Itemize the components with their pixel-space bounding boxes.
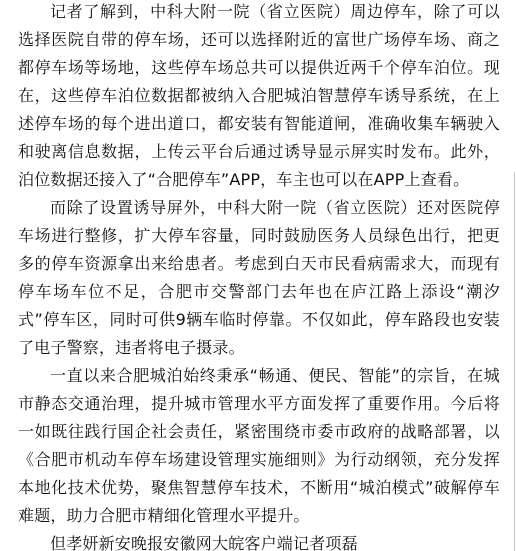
paragraph-hospital-measures: 而除了设置诱导屏外，中科大附一院（省立医院）还对医院停车场进行整修，扩大停车容量… xyxy=(18,194,500,362)
article-body: 记者了解到，中科大附一院（省立医院）周边停车，除了可以选择医院自带的停车场，还可… xyxy=(18,0,500,551)
paragraph-parking-info: 记者了解到，中科大附一院（省立医院）周边停车，除了可以选择医院自带的停车场，还可… xyxy=(18,0,500,194)
paragraph-company-mission: 一直以来合肥城泊始终秉承“畅通、便民、智能”的宗旨，在城市静态交通治理，提升城市… xyxy=(18,362,500,530)
article-byline: 但孝妍新安晚报安徽网大皖客户端记者项磊 xyxy=(18,530,500,551)
page-edge-divider xyxy=(514,172,515,551)
